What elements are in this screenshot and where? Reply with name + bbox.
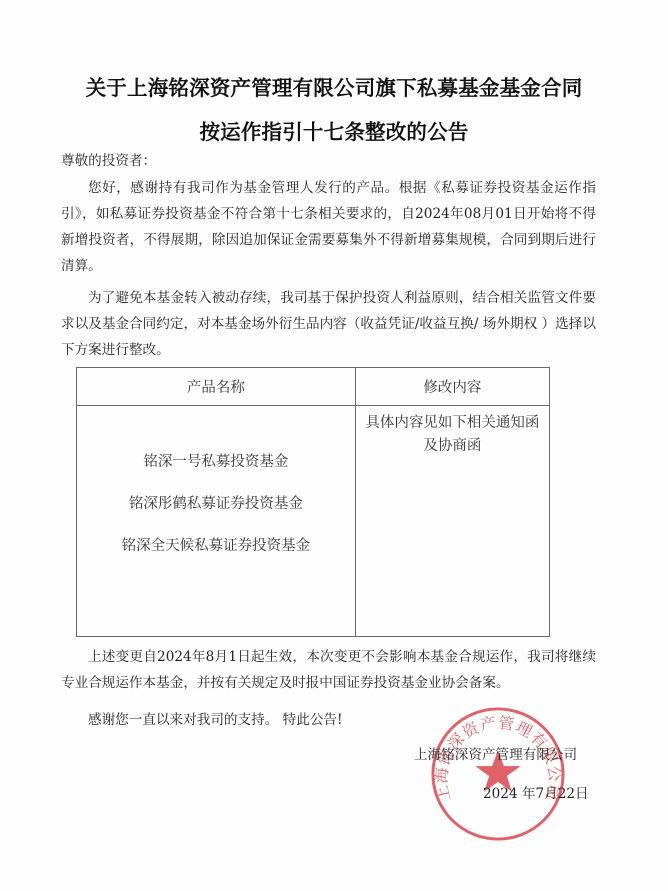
signature-company: 上海铭深资产管理有限公司 — [414, 743, 577, 763]
product-name: 铭深彤鹤私募证券投资基金 — [78, 483, 354, 525]
product-name: 铭深全天候私募证券投资基金 — [78, 525, 354, 567]
product-name: 铭深一号私募投资基金 — [78, 441, 354, 483]
greeting: 尊敬的投资者： — [61, 148, 596, 174]
paragraph-thanks: 感谢您一直以来对我司的支持。 特此公告! — [61, 707, 596, 733]
header-product-name: 产品名称 — [77, 368, 356, 406]
header-change-content: 修改内容 — [355, 368, 549, 406]
table-header-row: 产品名称 修改内容 — [77, 368, 550, 406]
product-table: 产品名称 修改内容 铭深一号私募投资基金 铭深彤鹤私募证券投资基金 铭深全天候私… — [76, 367, 550, 637]
paragraph-effective: 上述变更自2024年8月1日起生效，本次变更不会影响本基金合规运作，我司将继续专… — [61, 644, 596, 696]
paragraph-guideline: 您好，感谢持有我司作为基金管理人发行的产品。根据《私募证券投资基金运作指引》，如… — [61, 175, 596, 279]
paragraph-rectification: 为了避免本基金转入被动存续，我司基于保护投资人利益原则，结合相关监管文件要求以及… — [61, 285, 596, 363]
notice-title-line2: 按运作指引十七条整改的公告 — [0, 115, 668, 145]
signature-date: 2024 年7月22日 — [483, 782, 589, 802]
table-row: 铭深一号私募投资基金 铭深彤鹤私募证券投资基金 铭深全天候私募证券投资基金 具体… — [77, 406, 550, 637]
product-names-cell: 铭深一号私募投资基金 铭深彤鹤私募证券投资基金 铭深全天候私募证券投资基金 — [77, 406, 356, 637]
notice-title-line1: 关于上海铭深资产管理有限公司旗下私募基金基金合同 — [0, 71, 668, 101]
change-content-cell: 具体内容见如下相关通知函及协商函 — [355, 406, 549, 637]
